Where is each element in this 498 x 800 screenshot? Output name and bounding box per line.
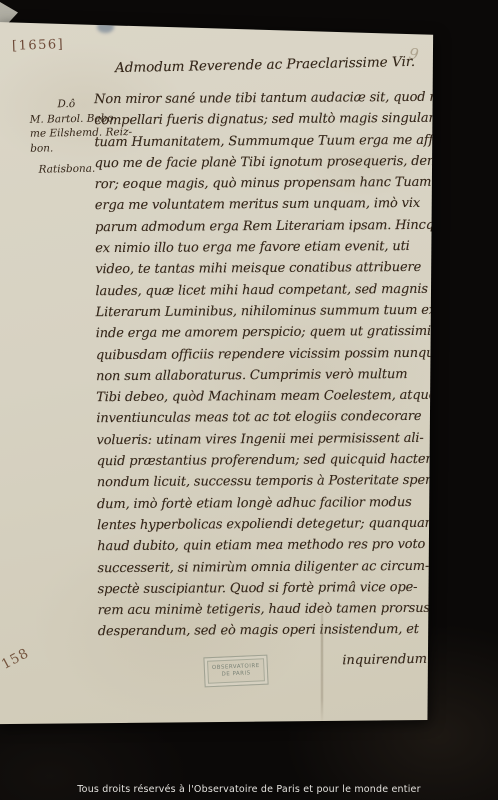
manuscript-line: ror; eoque magis, quò minus propensam ha… — [95, 172, 433, 196]
manuscript-page: [1656] 9 Admodum Reverende ac Praeclaris… — [0, 21, 434, 727]
scan-background: [1656] 9 Admodum Reverende ac Praeclaris… — [0, 0, 498, 800]
manuscript-line: quo me de facie planè Tibi ignotum prose… — [95, 151, 433, 175]
manuscript-line: erga me voluntatem meritus sum unquam, i… — [95, 193, 433, 217]
archival-shelfmark: [1656] — [12, 37, 65, 54]
observatoire-de-paris-stamp: OBSERVATOIRE DE PARIS — [203, 655, 268, 688]
manuscript-line: Literarum Luminibus, nihilominus summum … — [96, 300, 434, 324]
manuscript-line: haud dubito, quin etiam mea methodo res … — [97, 534, 435, 558]
manuscript-line: dum, imò fortè etiam longè adhuc facilio… — [97, 491, 435, 515]
manuscript-line: inventiunculas meas tot ac tot elogiis c… — [96, 406, 434, 430]
manuscript-line: ex nimio illo tuo erga me favore etiam e… — [95, 236, 433, 260]
stamp-line-2: DE PARIS — [221, 670, 250, 678]
manuscript-line: quid præstantius proferendum; sed quicqu… — [97, 449, 435, 473]
ink-smudge — [97, 21, 114, 33]
manuscript-line: non sum allaboraturus. Cumprimis verò mu… — [96, 364, 434, 388]
manuscript-line: tuam Humanitatem, Summumque Tuum erga me… — [94, 129, 432, 153]
manuscript-line: compellari fueris dignatus; sed multò ma… — [94, 108, 432, 132]
manuscript-line: parum admodum erga Rem Literariam ipsam.… — [95, 215, 433, 239]
manuscript-line: inde erga me amorem perspicio; quem ut g… — [96, 321, 434, 345]
manuscript-page-wrap: [1656] 9 Admodum Reverende ac Praeclaris… — [0, 0, 498, 800]
paper-fold-crease — [321, 596, 323, 724]
manuscript-line: laudes, quæ licet mihi haud competant, s… — [95, 278, 433, 302]
manuscript-line: quibusdam officiis rependere vicissim po… — [96, 342, 434, 366]
manuscript-line: volueris: utinam vires Ingenii mei permi… — [96, 428, 434, 452]
manuscript-line: rem acu minimè tetigeris, haud ideò tame… — [98, 598, 436, 622]
folio-number: 158 — [0, 645, 32, 673]
manuscript-line: video, te tantas mihi meisque conatibus … — [95, 257, 433, 281]
letter-salutation: Admodum Reverende ac Praeclarissime Vir. — [115, 54, 415, 76]
letter-body: Non miror sané unde tibi tantum audaciæ … — [94, 87, 436, 643]
manuscript-line: nondum licuit, successu temporis à Poste… — [97, 470, 435, 494]
copyright-banner: Tous droits réservés à l'Observatoire de… — [0, 784, 498, 795]
manuscript-line: successerit, si nimirùm omnia diligenter… — [97, 555, 435, 579]
manuscript-line: spectè suscipiantur. Quod si fortè primâ… — [97, 577, 435, 601]
catchword: inquirendum — [287, 652, 427, 669]
manuscript-line: desperandum, sed eò magis operi insisten… — [98, 619, 436, 643]
manuscript-line: lentes hyperbolicas expoliendi detegetur… — [97, 513, 435, 537]
manuscript-line: Tibi debeo, quòd Machinam meam Coelestem… — [96, 385, 434, 409]
manuscript-line: Non miror sané unde tibi tantum audaciæ … — [94, 87, 432, 111]
